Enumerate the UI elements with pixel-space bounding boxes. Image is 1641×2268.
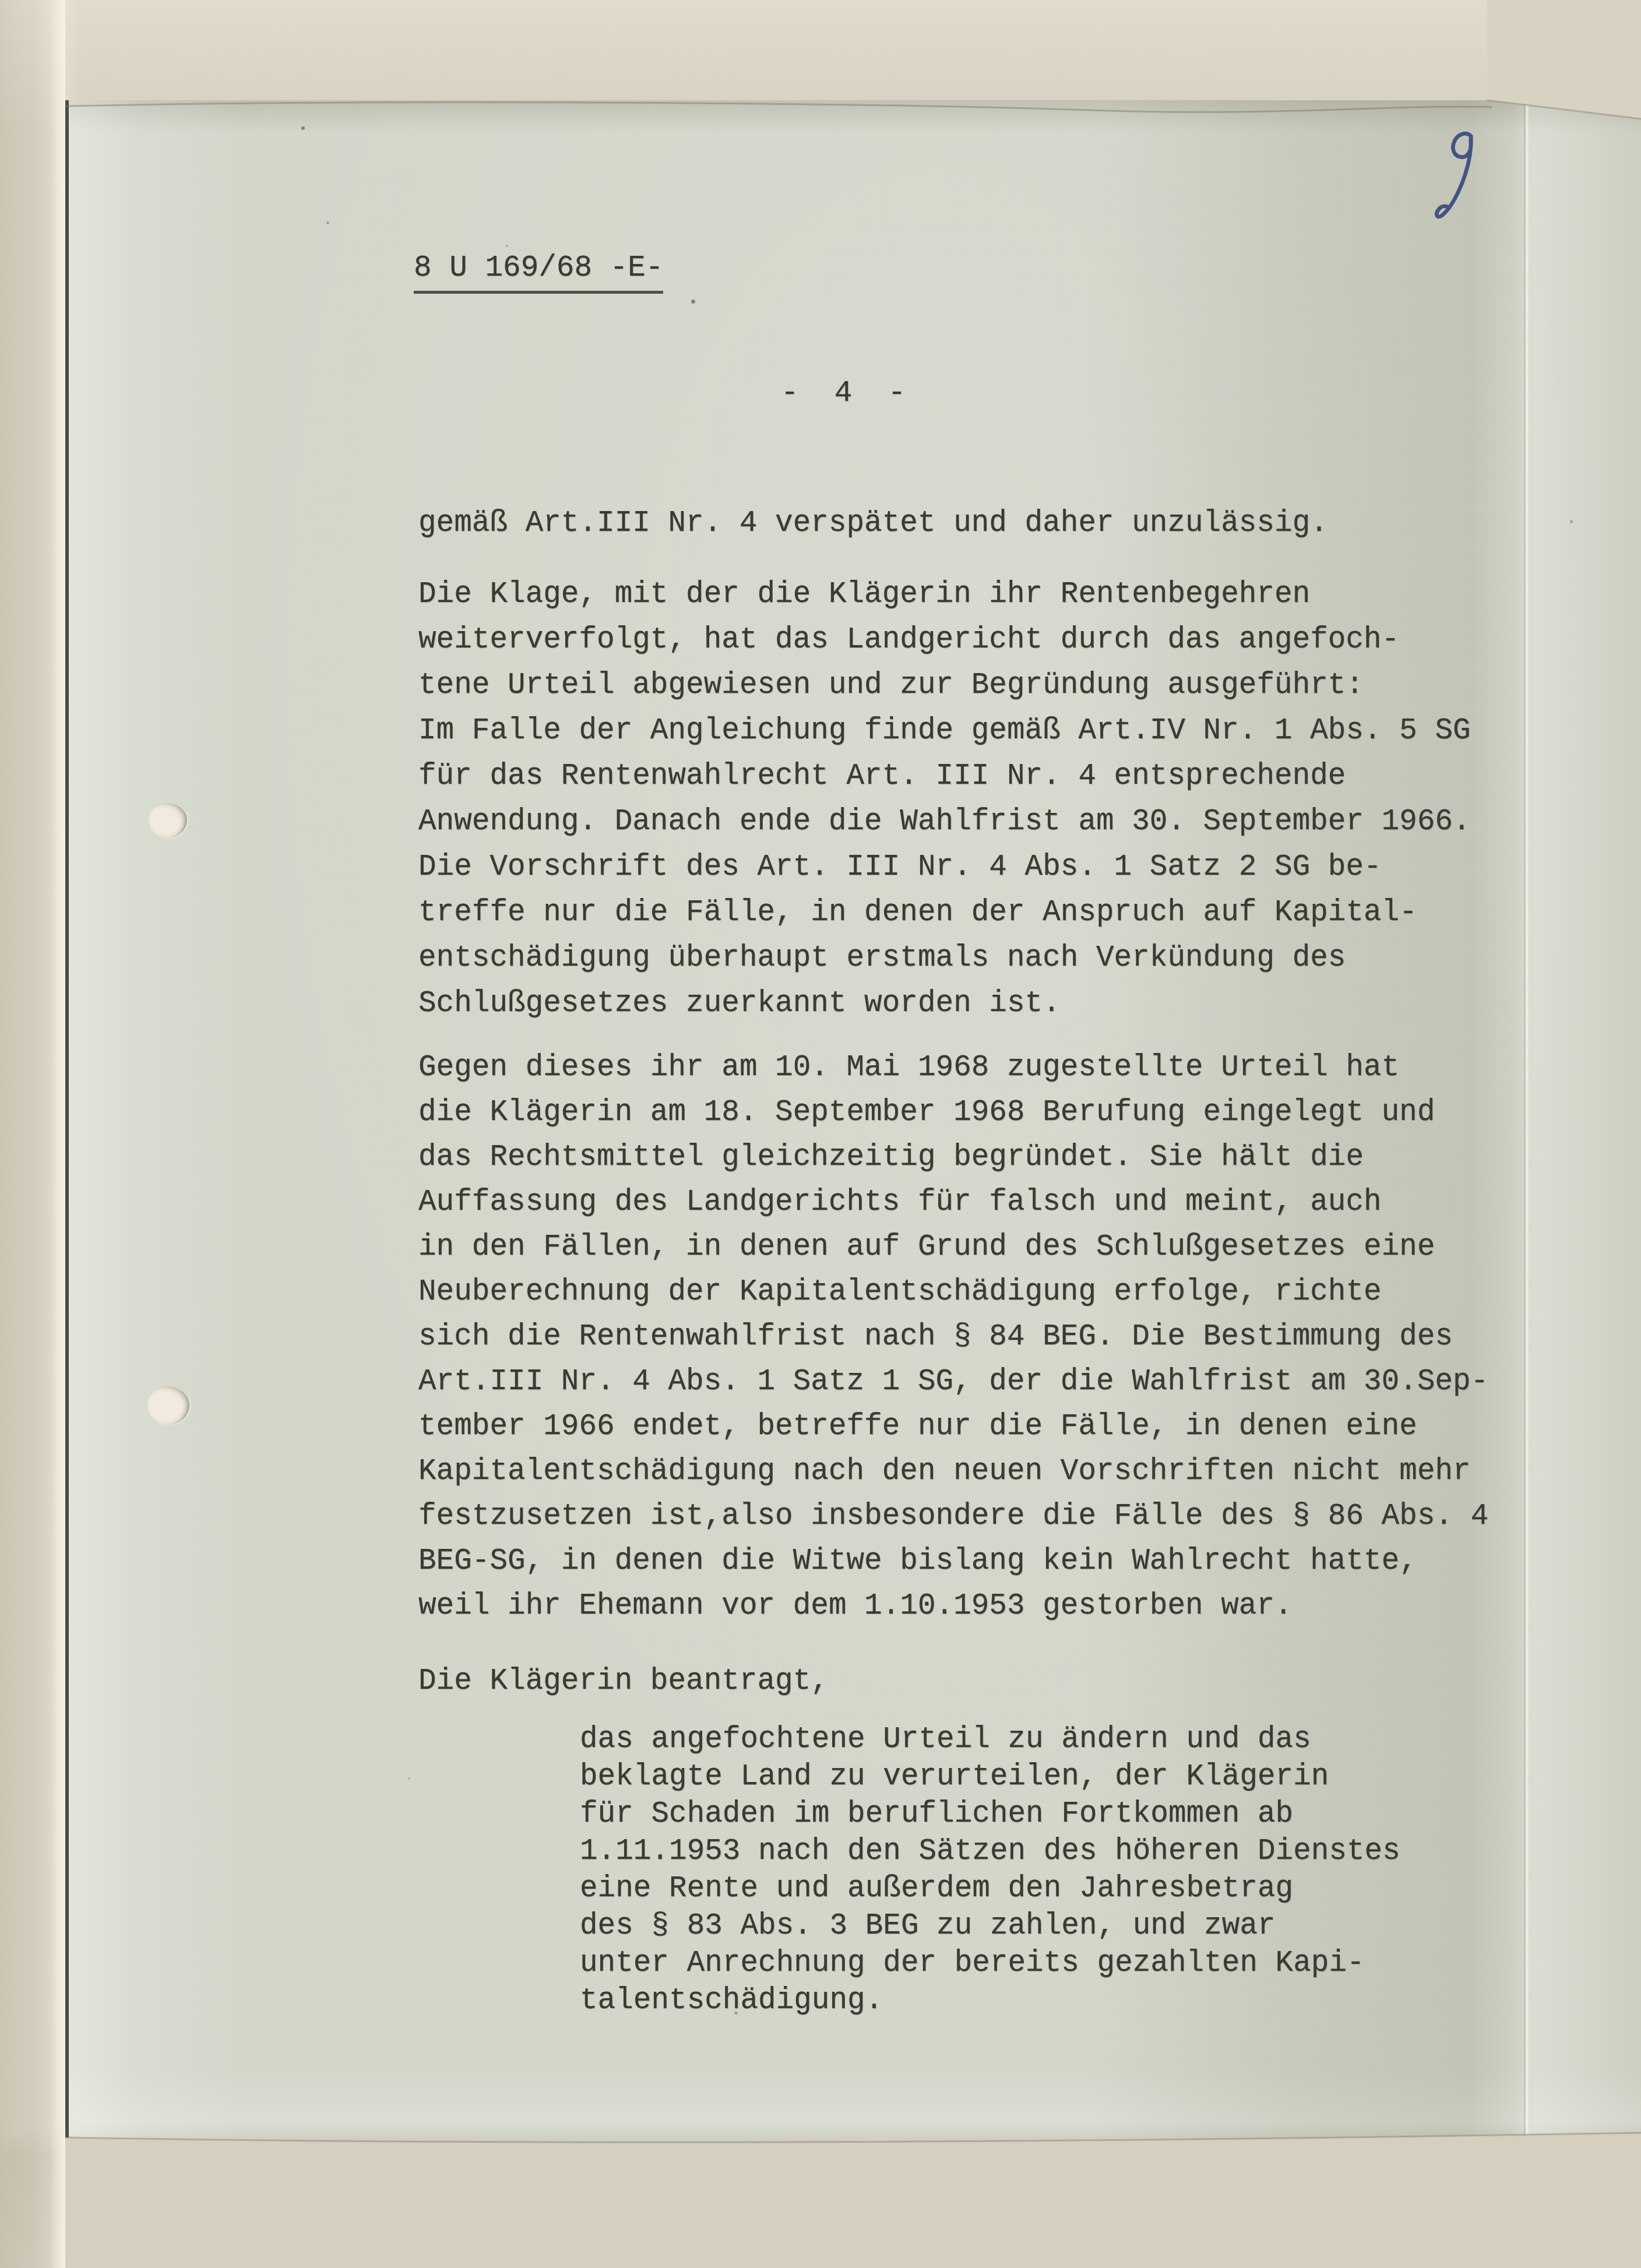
petition-block: das angefochtene Urteil zu ändern und da…	[580, 1721, 1400, 2020]
punch-hole-top	[149, 803, 187, 838]
paper-speck	[408, 1777, 410, 1780]
paragraph-judgment-reasons: Die Klage, mit der die Klägerin ihr Rent…	[418, 572, 1471, 1027]
document-page: 8 U 169/68 -E- - 4 - gemäß Art.III Nr. 4…	[65, 100, 1641, 2144]
paper-speck	[691, 300, 695, 304]
paper-speck	[301, 126, 305, 130]
fold-crease	[1526, 100, 1528, 2144]
case-number: 8 U 169/68 -E-	[414, 252, 663, 294]
paragraph-admissibility: gemäß Art.III Nr. 4 verspätet und daher …	[418, 501, 1328, 547]
paper-speck	[1570, 520, 1573, 523]
paper-speck	[326, 221, 329, 224]
page-number: - 4 -	[781, 371, 906, 417]
paper-speck	[506, 245, 508, 247]
backing-sheet-bottom	[65, 2133, 1641, 2268]
paper-speck	[906, 1818, 909, 1821]
punch-hole-bottom	[147, 1386, 189, 1425]
applicant-line: Die Klägerin beantragt,	[418, 1659, 829, 1704]
paper-speck	[734, 2012, 738, 2015]
scanned-backing-sheet: { "scan": { "handwritten_page_number": "…	[0, 0, 1641, 2268]
paragraph-appeal: Gegen dieses ihr am 10. Mai 1968 zugeste…	[418, 1045, 1488, 1629]
backing-sheet-edge-highlight	[50, 0, 65, 2268]
handwritten-page-number: 9	[1429, 128, 1486, 225]
